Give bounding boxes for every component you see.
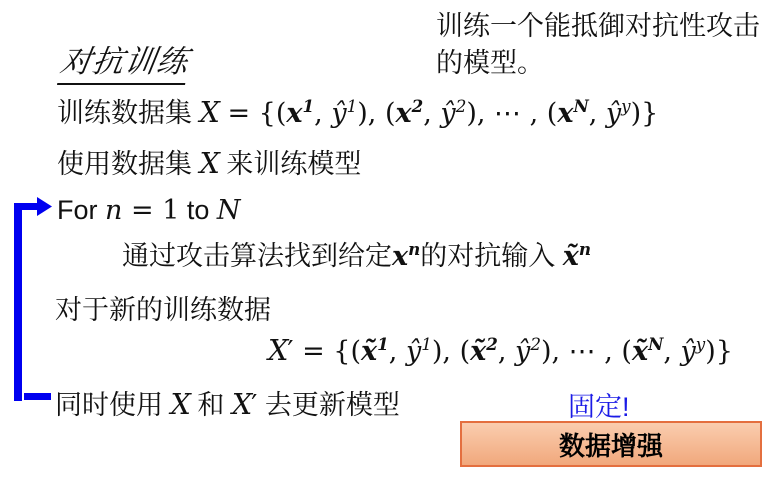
dataset-definition-formula: 训练数据集 X = {(x1, ŷ1), (x2, ŷ2), ⋯ , (xN, … — [57, 95, 658, 131]
loop-arrow-head — [37, 197, 52, 216]
data-augmentation-label: 数据增强 — [559, 426, 663, 463]
new-training-data-line: 对于新的训练数据 — [55, 293, 271, 327]
augmented-dataset-formula: X′ = {(x̃1, ŷ1), (x̃2, ŷ2), ⋯ , (x̃N, ŷy… — [268, 333, 733, 369]
slide: 对抗训练 训练一个能抵御对抗性攻击的模型。 训练数据集 X = {(x1, ŷ1… — [0, 0, 765, 477]
attack-step-line: 通过攻击算法找到给定xn的对抗输入 x̃n — [122, 239, 591, 274]
use-dataset-line: 使用数据集 X 来训练模型 — [57, 146, 361, 181]
fixed-annotation: 固定! — [568, 385, 630, 424]
goal-note: 训练一个能抵御对抗性攻击的模型。 — [436, 8, 762, 82]
for-loop-line: For n = 1 to N — [57, 193, 241, 228]
data-augmentation-box: 数据增强 — [460, 421, 762, 467]
page-title: 对抗训练 — [57, 36, 193, 85]
update-model-line: 同时使用 X 和 X′ 去更新模型 — [55, 387, 400, 423]
